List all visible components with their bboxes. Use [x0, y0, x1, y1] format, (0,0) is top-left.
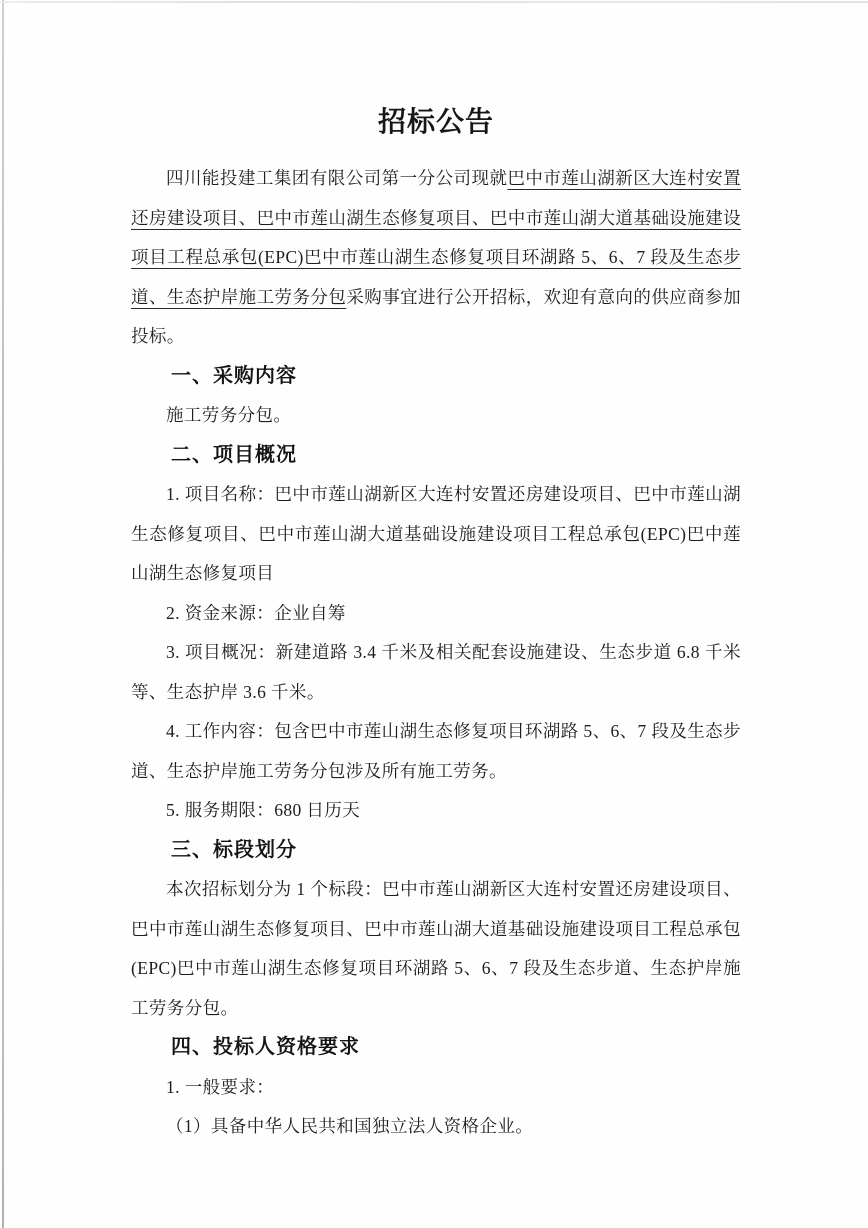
section-heading-2: 二、项目概况 — [131, 436, 741, 476]
section-heading-1: 一、采购内容 — [131, 357, 741, 397]
section-4-paragraph-2: （1）具备中华人民共和国独立法人资格企业。 — [131, 1107, 741, 1147]
section-2-paragraph-1: 1. 项目名称：巴中市莲山湖新区大连村安置还房建设项目、巴中市莲山湖生态修复项目… — [131, 475, 741, 594]
section-heading-3: 三、标段划分 — [131, 831, 741, 871]
section-heading-4: 四、投标人资格要求 — [131, 1028, 741, 1068]
section-2-paragraph-5: 5. 服务期限：680 日历天 — [131, 791, 741, 831]
section-2-paragraph-3: 3. 项目概况：新建道路 3.4 千米及相关配套设施建设、生态步道 6.8 千米… — [131, 633, 741, 712]
section-1-paragraph-1: 施工劳务分包。 — [131, 396, 741, 436]
scan-edge-top — [0, 1, 868, 3]
intro-paragraph: 四川能投建工集团有限公司第一分公司现就巴中市莲山湖新区大连村安置还房建设项目、巴… — [131, 159, 741, 357]
section-2-paragraph-2: 2. 资金来源：企业自筹 — [131, 594, 741, 634]
scan-edge-left — [2, 0, 4, 1228]
document-title: 招标公告 — [131, 100, 741, 144]
scanned-document-page: 招标公告 四川能投建工集团有限公司第一分公司现就巴中市莲山湖新区大连村安置还房建… — [0, 0, 868, 1228]
section-3-paragraph-1: 本次招标划分为 1 个标段：巴中市莲山湖新区大连村安置还房建设项目、巴中市莲山湖… — [131, 870, 741, 1028]
section-2-paragraph-4: 4. 工作内容：包含巴中市莲山湖生态修复项目环湖路 5、6、7 段及生态步道、生… — [131, 712, 741, 791]
intro-text-pre: 四川能投建工集团有限公司第一分公司现就 — [166, 168, 507, 188]
document-content: 招标公告 四川能投建工集团有限公司第一分公司现就巴中市莲山湖新区大连村安置还房建… — [131, 100, 741, 1147]
section-4-paragraph-1: 1. 一般要求： — [131, 1068, 741, 1108]
